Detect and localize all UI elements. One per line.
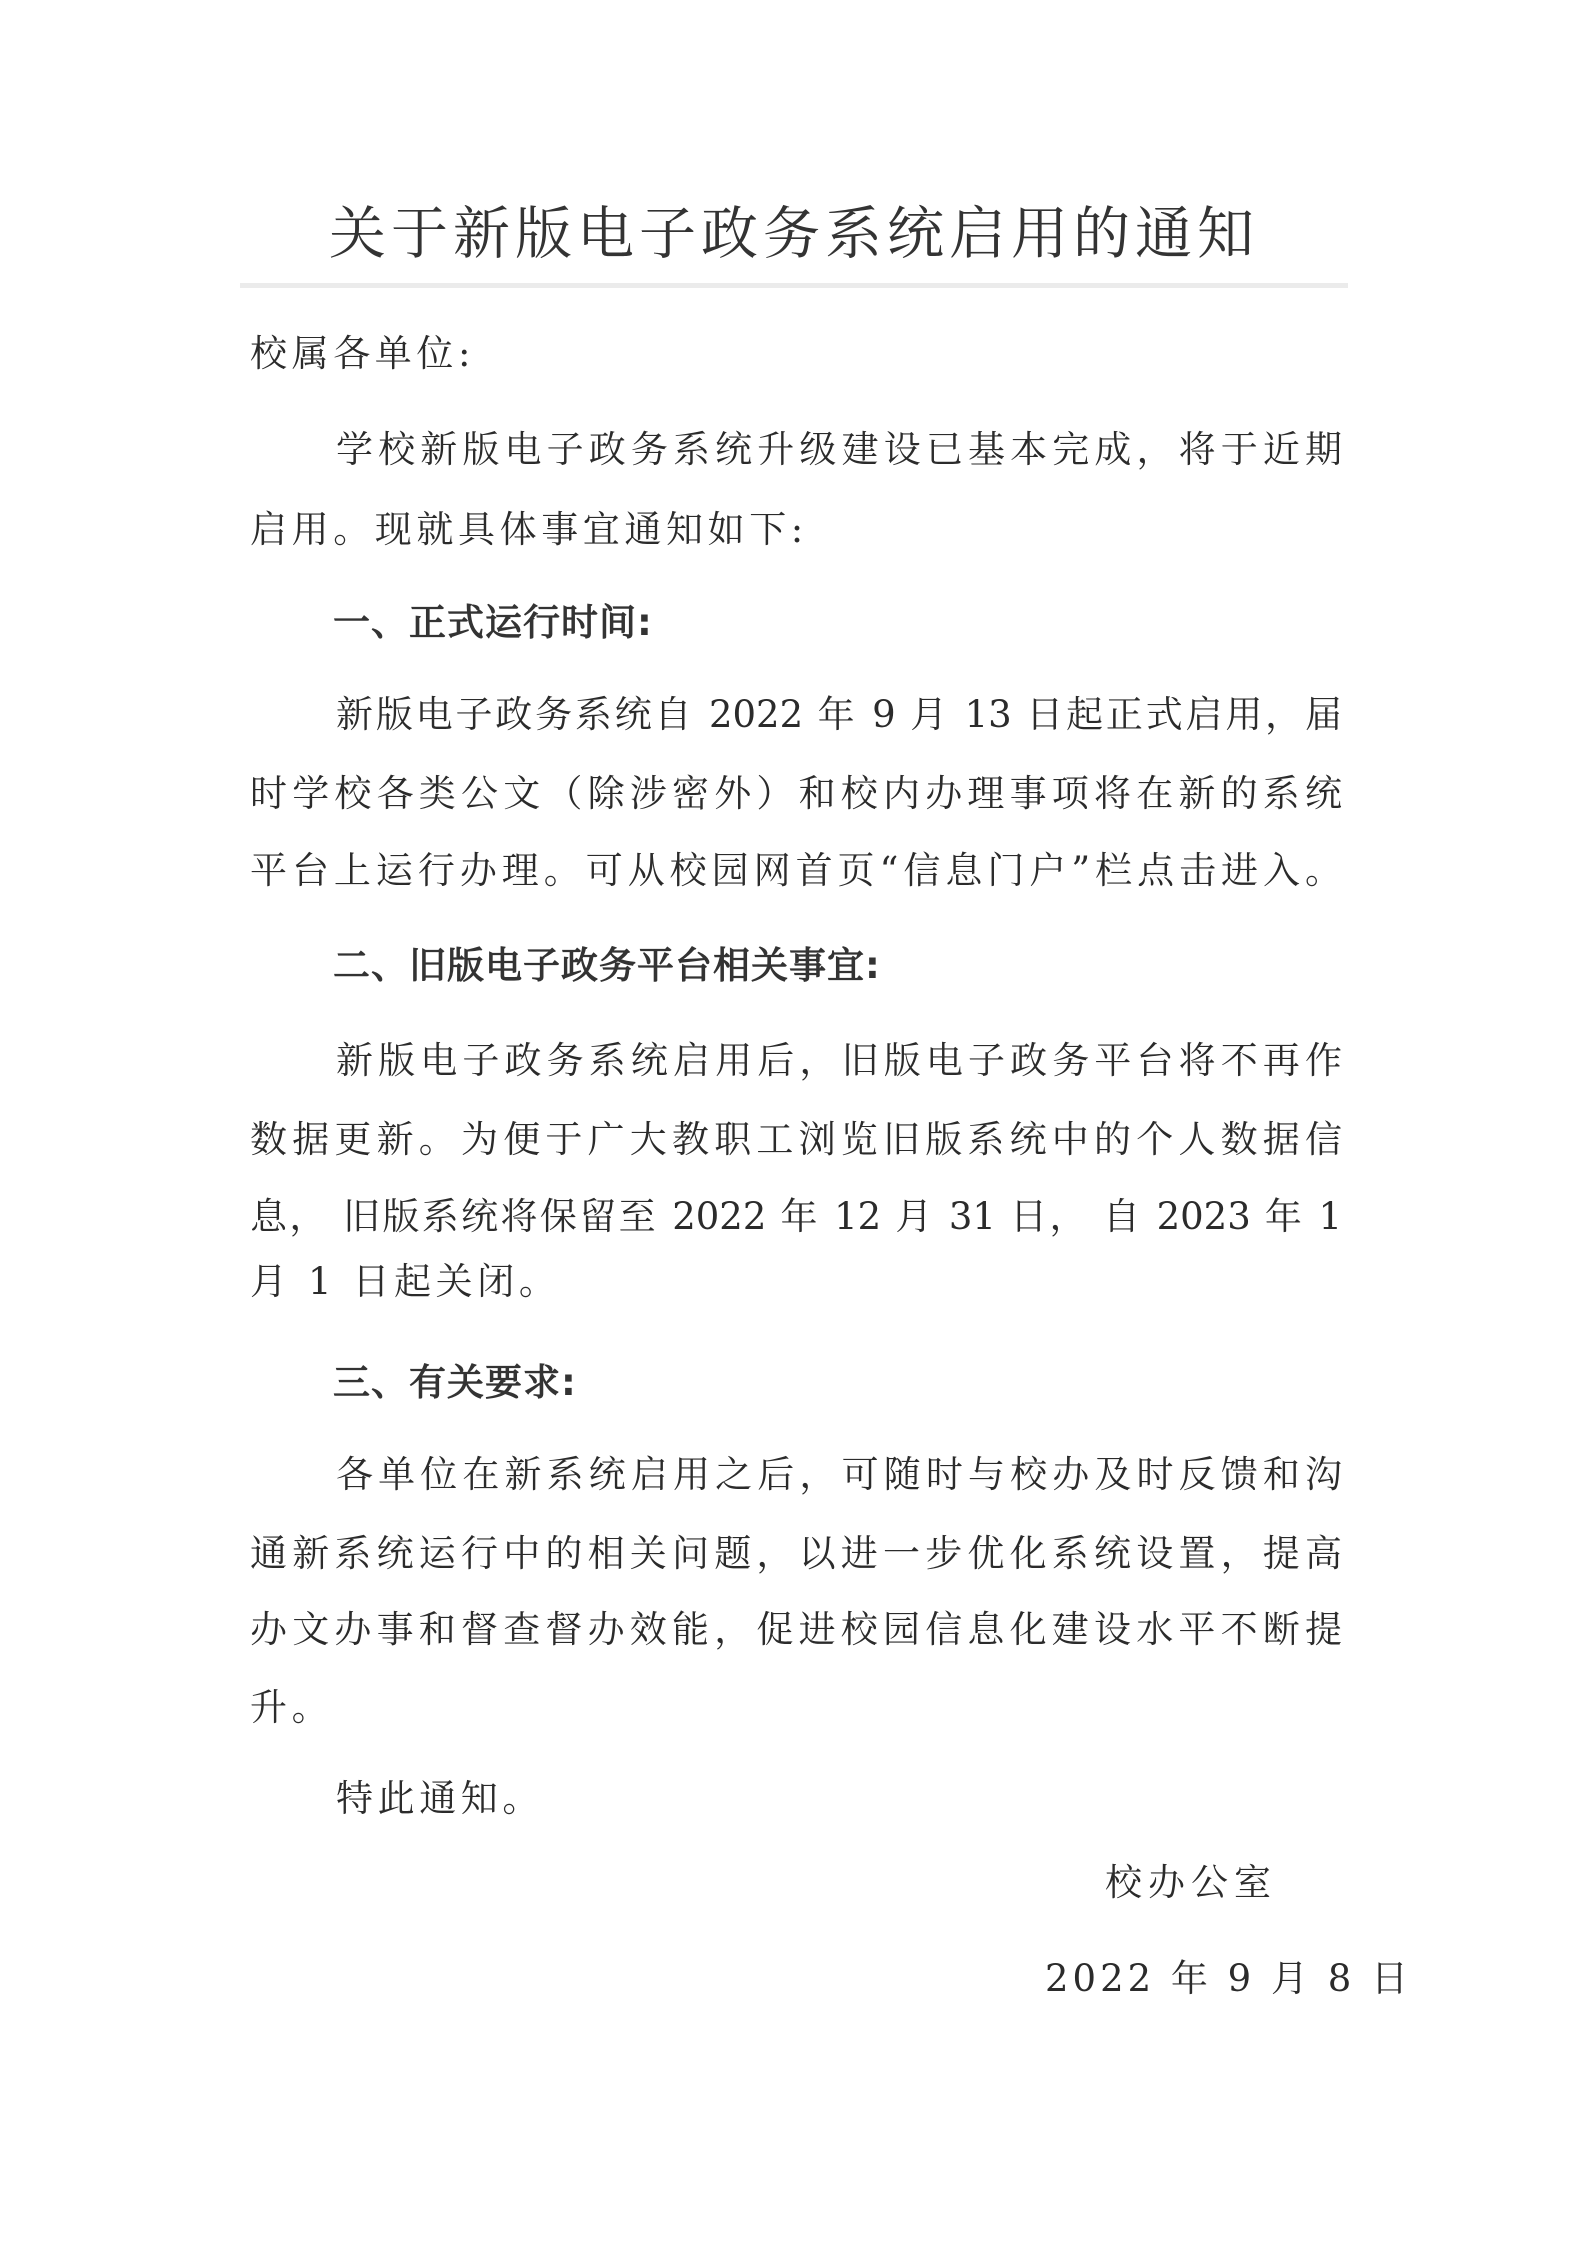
document-page: 关于新版电子政务系统启用的通知 校属各单位: 学校新版电子政务系统升级建设已基本… <box>0 0 1587 2245</box>
section-heading-2: 二、旧版电子政务平台相关事宜: <box>333 936 881 996</box>
section-1-line: 时学校各类公文（除涉密外）和校内办理事项将在新的系统 <box>250 764 1342 824</box>
signature-office: 校办公室 <box>1105 1853 1277 1913</box>
section-1-line: 平台上运行办理。可从校园网首页“信息门户”栏点击进入。 <box>250 841 1342 901</box>
section-3-line: 升。 <box>250 1678 1342 1738</box>
document-title: 关于新版电子政务系统启用的通知 <box>240 196 1348 272</box>
closing-text: 特此通知。 <box>250 1769 1342 1829</box>
title-divider <box>240 283 1348 288</box>
section-heading-3: 三、有关要求: <box>333 1353 577 1413</box>
intro-line: 学校新版电子政务系统升级建设已基本完成，将于近期 <box>250 420 1342 480</box>
section-2-line: 息， 旧版系统将保留至 2022 年 12 月 31 日， 自 2023 年 1 <box>250 1187 1342 1247</box>
section-heading-1: 一、正式运行时间: <box>333 593 653 653</box>
salutation: 校属各单位: <box>250 324 1342 384</box>
section-1-line: 新版电子政务系统自 2022 年 9 月 13 日起正式启用，届 <box>250 685 1342 745</box>
intro-line: 启用。现就具体事宜通知如下: <box>250 500 1342 560</box>
section-3-line: 办文办事和督查督办效能，促进校园信息化建设水平不断提 <box>250 1600 1342 1660</box>
section-2-line: 新版电子政务系统启用后，旧版电子政务平台将不再作 <box>250 1031 1342 1091</box>
section-3-line: 通新系统运行中的相关问题，以进一步优化系统设置，提高 <box>250 1524 1342 1584</box>
section-3-line: 各单位在新系统启用之后，可随时与校办及时反馈和沟 <box>250 1445 1342 1505</box>
signature-date: 2022 年 9 月 8 日 <box>1045 1949 1412 2009</box>
section-2-line: 月 1 日起关闭。 <box>250 1252 1342 1312</box>
section-2-line: 数据更新。为便于广大教职工浏览旧版系统中的个人数据信 <box>250 1110 1342 1170</box>
